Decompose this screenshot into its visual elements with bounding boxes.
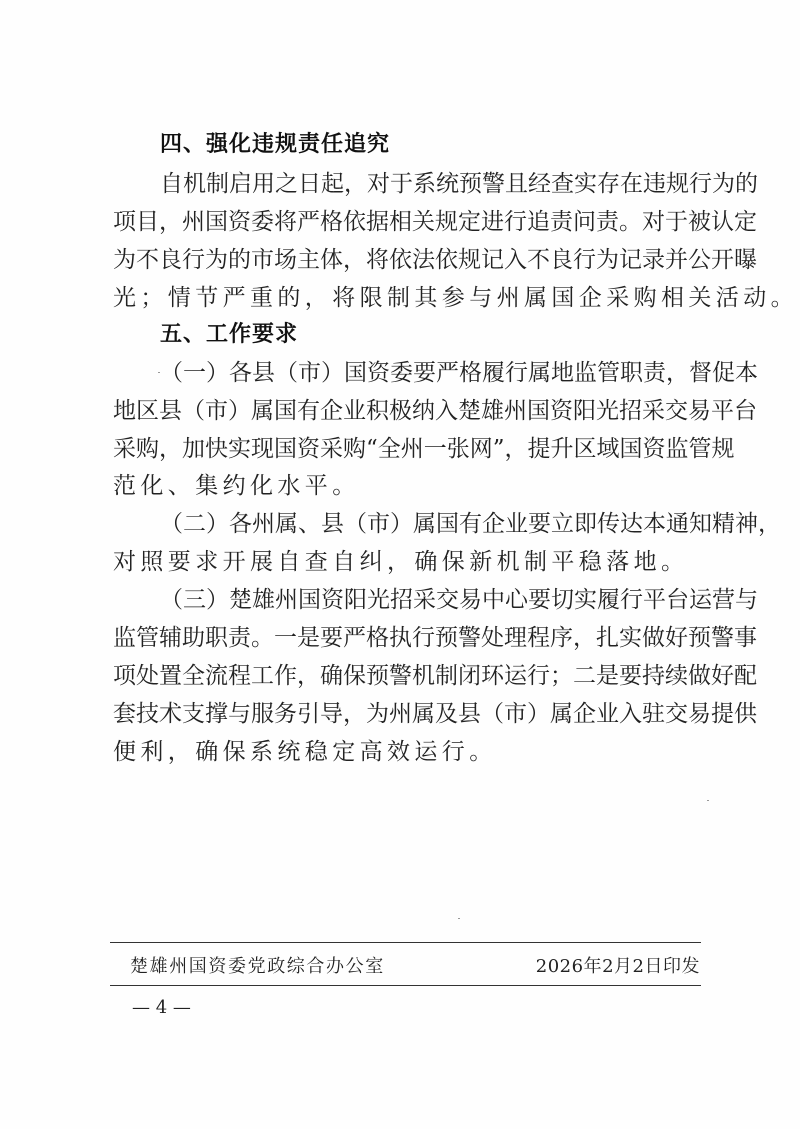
paragraph-line: （三）楚雄州国资阳光招采交易中心要切实履行平台运营与 [160,581,701,619]
paragraph-line: 采购，加快实现国资采购“全州一张网”，提升区域国资监管规 [113,430,701,468]
paragraph-line: 自机制启用之日起，对于系统预警且经查实存在违规行为的 [160,165,701,203]
paragraph-line: 项目，州国资委将严格依据相关规定进行追责问责。对于被认定 [113,203,701,241]
print-date: 2026年2月2日印发 [536,955,700,979]
scan-speck [158,372,160,373]
section-heading-4: 四、强化违规责任追究 [160,126,390,164]
paragraph-line: 对照要求开展自查自纠，确保新机制平稳落地。 [113,543,701,581]
paragraph-line: （一）各县（市）国资委要严格履行属地监管职责，督促本 [160,354,701,392]
paragraph-line: 范化、集约化水平。 [113,467,701,505]
issuer-name: 楚雄州国资委党政综合办公室 [130,955,385,979]
paragraph-line: 为不良行为的市场主体，将依法依规记入不良行为记录并公开曝 [113,241,701,279]
paragraph-line: 套技术支撑与服务引导，为州属及县（市）属企业入驻交易提供 [113,695,701,733]
paragraph-line: （二）各州属、县（市）属国有企业要立即传达本通知精神， [160,505,701,543]
paragraph-line: 项处置全流程工作，确保预警机制闭环运行；二是要持续做好配 [113,657,701,695]
page-number: — 4 — [132,996,191,1020]
section-heading-5: 五、工作要求 [160,316,298,354]
paragraph-line: 监管辅助职责。一是要严格执行预警处理程序，扎实做好预警事 [113,619,701,657]
paragraph-line: 地区县（市）属国有企业积极纳入楚雄州国资阳光招采交易平台 [113,392,701,430]
paragraph-line: 光；情节严重的，将限制其参与州属国企采购相关活动。 [113,279,701,317]
scan-speck [707,800,709,801]
scan-speck [458,918,460,919]
footer-top-rule [110,942,701,943]
paragraph-line: 便利，确保系统稳定高效运行。 [113,733,701,771]
document-page: 四、强化违规责任追究 自机制启用之日起，对于系统预警且经查实存在违规行为的 项目… [0,0,800,1129]
footer-bottom-rule [110,985,701,986]
